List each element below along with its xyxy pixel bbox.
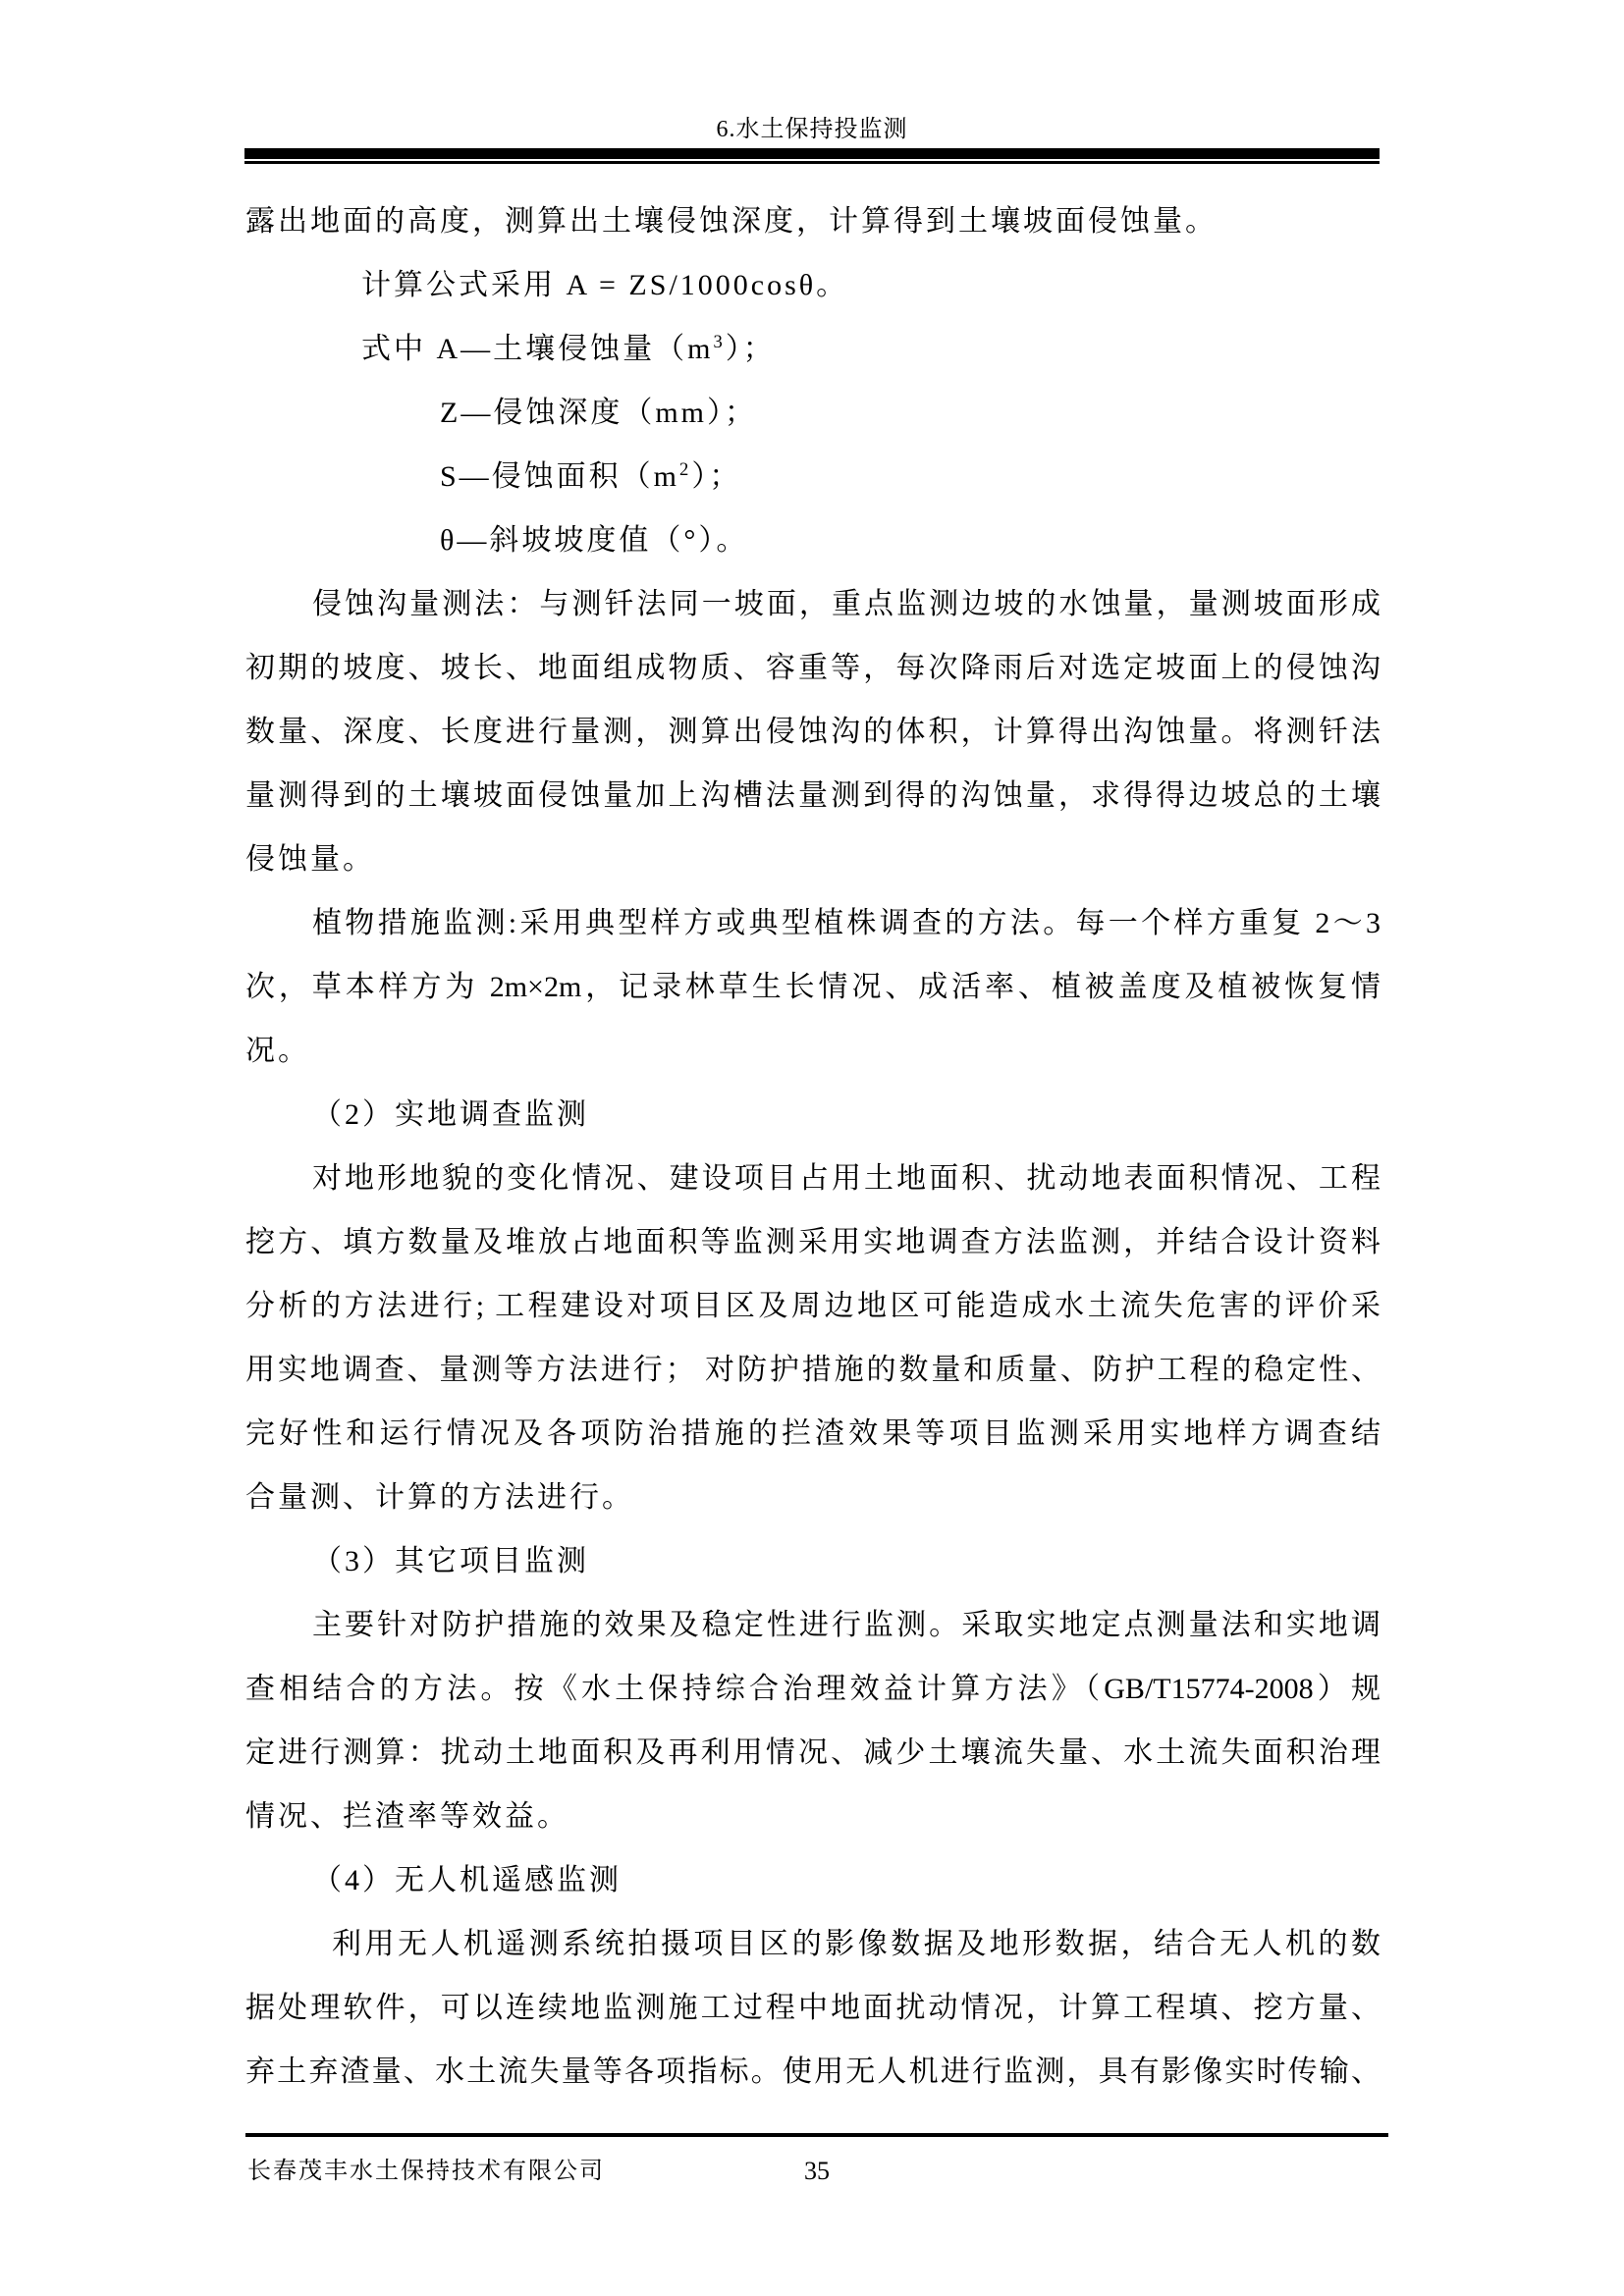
text-line: 侵蚀沟量测法：与测钎法同一坡面，重点监测边坡的水蚀量，量测坡面形成	[245, 572, 1380, 636]
page-number: 35	[245, 2146, 1388, 2197]
header-double-rule	[244, 148, 1380, 164]
text-line: 分析的方法进行; 工程建设对项目区及周边地区可能造成水土流失危害的评价采	[245, 1274, 1380, 1338]
text-line: 数量、深度、长度进行量测，测算出侵蚀沟的体积，计算得出沟蚀量。将测钎法	[245, 700, 1380, 764]
text-line: 利用无人机遥测系统拍摄项目区的影像数据及地形数据，结合无人机的数	[245, 1912, 1380, 1976]
text-line: 况。	[245, 1019, 1380, 1083]
document-page: 6.水土保持投监测 露出地面的高度，测算出土壤侵蚀深度，计算得到土壤坡面侵蚀量。…	[0, 0, 1624, 2296]
text-line: 用实地调查、量测等方法进行； 对防护措施的数量和质量、防护工程的稳定性、	[245, 1338, 1380, 1402]
text-line: 植物措施监测:采用典型样方或典型植株调查的方法。每一个样方重复 2～3	[245, 891, 1380, 955]
chapter-title: 6.水土保持投监测	[0, 109, 1624, 143]
text-line: （2）实地调查监测	[245, 1083, 1380, 1147]
text-line: 主要针对防护措施的效果及稳定性进行监测。采取实地定点测量法和实地调	[245, 1593, 1380, 1657]
text-line: 次，草本样方为 2m×2m，记录林草生长情况、成活率、植被盖度及植被恢复情	[245, 955, 1380, 1019]
text-line: （3）其它项目监测	[245, 1529, 1380, 1593]
text-line: 侵蚀量。	[245, 828, 1380, 891]
footer-rule	[245, 2133, 1388, 2137]
text-line: 定进行测算：扰动土地面积及再利用情况、减少土壤流失量、水土流失面积治理	[245, 1721, 1380, 1785]
text-line: 对地形地貌的变化情况、建设项目占用土地面积、扰动地表面积情况、工程	[245, 1147, 1380, 1210]
text-line: 量测得到的土壤坡面侵蚀量加上沟槽法量测到得的沟蚀量，求得得边坡总的土壤	[245, 764, 1380, 828]
body-text: 露出地面的高度，测算出土壤侵蚀深度，计算得到土壤坡面侵蚀量。计算公式采用 A =…	[245, 189, 1380, 2104]
text-line: 挖方、填方数量及堆放占地面积等监测采用实地调查方法监测，并结合设计资料	[245, 1210, 1380, 1274]
text-line: 情况、拦渣率等效益。	[245, 1785, 1380, 1848]
text-line: S—侵蚀面积（m2）；	[245, 445, 1380, 508]
page-footer: 长春茂丰水土保持技术有限公司 35	[245, 2146, 1388, 2197]
text-line: 初期的坡度、坡长、地面组成物质、容重等，每次降雨后对选定坡面上的侵蚀沟	[245, 636, 1380, 700]
text-line: 式中 A—土壤侵蚀量（m3）；	[245, 317, 1380, 381]
text-line: 合量测、计算的方法进行。	[245, 1466, 1380, 1529]
text-line: Z—侵蚀深度（mm）；	[245, 381, 1380, 445]
text-line: 完好性和运行情况及各项防治措施的拦渣效果等项目监测采用实地样方调查结	[245, 1402, 1380, 1466]
text-line: （4）无人机遥感监测	[245, 1848, 1380, 1912]
text-line: 计算公式采用 A = ZS/1000cosθ。	[245, 253, 1380, 317]
text-line: θ—斜坡坡度值（°）。	[245, 508, 1380, 572]
text-line: 弃土弃渣量、水土流失量等各项指标。使用无人机进行监测，具有影像实时传输、	[245, 2040, 1380, 2104]
text-line: 查相结合的方法。按《水土保持综合治理效益计算方法》（GB/T15774-2008…	[245, 1657, 1380, 1721]
text-line: 露出地面的高度，测算出土壤侵蚀深度，计算得到土壤坡面侵蚀量。	[245, 189, 1380, 253]
text-line: 据处理软件，可以连续地监测施工过程中地面扰动情况，计算工程填、挖方量、	[245, 1976, 1380, 2040]
